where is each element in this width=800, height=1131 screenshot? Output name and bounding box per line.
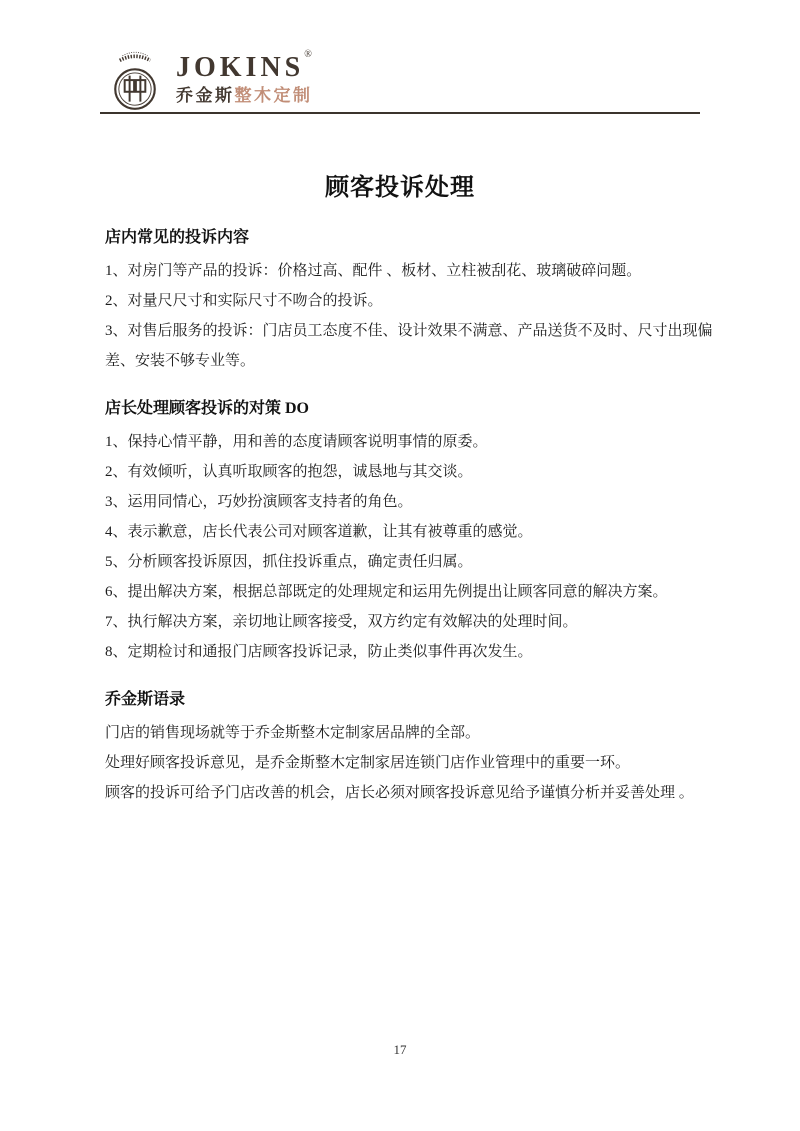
list-item: 6、提出解决方案，根据总部既定的处理规定和运用先例提出让顾客同意的解决方案。 <box>105 577 720 607</box>
list-item: 8、定期检讨和通报门店顾客投诉记录，防止类似事件再次发生。 <box>105 637 720 667</box>
document-page: JOKINS ® 乔金斯整木定制 顾客投诉处理 店内常见的投诉内容 1、对房门等… <box>0 0 800 1131</box>
quote-line: 处理好顾客投诉意见，是乔金斯整木定制家居连锁门店作业管理中的重要一环。 <box>105 748 720 778</box>
crest-arc-icon <box>120 52 151 60</box>
section-heading: 店内常见的投诉内容 <box>105 226 720 250</box>
jokins-emblem-icon <box>108 46 162 116</box>
brand-subtitle-name: 乔金斯 <box>176 86 235 105</box>
section-common-complaints: 店内常见的投诉内容 1、对房门等产品的投诉：价格过高、配件 、板材、立柱被刮花、… <box>105 226 720 376</box>
brand-subtitle: 乔金斯整木定制 <box>176 86 313 106</box>
document-content: 店内常见的投诉内容 1、对房门等产品的投诉：价格过高、配件 、板材、立柱被刮花、… <box>105 226 720 808</box>
list-item: 5、分析顾客投诉原因，抓住投诉重点，确定责任归属。 <box>105 547 720 577</box>
list-item: 4、表示歉意，店长代表公司对顾客道歉，让其有被尊重的感觉。 <box>105 517 720 547</box>
page-number: 17 <box>0 1042 800 1058</box>
list-item: 7、执行解决方案，亲切地让顾客接受，双方约定有效解决的处理时间。 <box>105 607 720 637</box>
header-divider <box>100 112 700 114</box>
list-item: 1、对房门等产品的投诉：价格过高、配件 、板材、立柱被刮花、玻璃破碎问题。 <box>105 256 720 286</box>
brand-subtitle-tagline: 整木定制 <box>235 86 313 105</box>
section-heading: 乔金斯语录 <box>105 688 720 712</box>
brand-text-block: JOKINS ® 乔金斯整木定制 <box>176 46 313 106</box>
quote-line: 门店的销售现场就等于乔金斯整木定制家居品牌的全部。 <box>105 718 720 748</box>
section-heading: 店长处理顾客投诉的对策 DO <box>105 397 720 421</box>
section-manager-countermeasures: 店长处理顾客投诉的对策 DO 1、保持心情平静，用和善的态度请顾客说明事情的原委… <box>105 397 720 667</box>
list-item: 1、保持心情平静，用和善的态度请顾客说明事情的原委。 <box>105 427 720 457</box>
page-title: 顾客投诉处理 <box>0 167 800 202</box>
brand-name: JOKINS <box>176 54 304 82</box>
quote-line: 顾客的投诉可给予门店改善的机会，店长必须对顾客投诉意见给予谨慎分析并妥善处理 。 <box>105 778 720 808</box>
list-item: 2、有效倾听，认真听取顾客的抱怨，诚恳地与其交谈。 <box>105 457 720 487</box>
list-item: 2、对量尺尺寸和实际尺寸不吻合的投诉。 <box>105 286 720 316</box>
list-item: 3、运用同情心，巧妙扮演顾客支持者的角色。 <box>105 487 720 517</box>
brand-header: JOKINS ® 乔金斯整木定制 <box>108 46 313 116</box>
section-jokins-quotes: 乔金斯语录 门店的销售现场就等于乔金斯整木定制家居品牌的全部。 处理好顾客投诉意… <box>105 688 720 808</box>
registered-trademark-icon: ® <box>304 50 312 60</box>
list-item: 3、对售后服务的投诉：门店员工态度不佳、设计效果不满意、产品送货不及时、尺寸出现… <box>105 316 720 376</box>
